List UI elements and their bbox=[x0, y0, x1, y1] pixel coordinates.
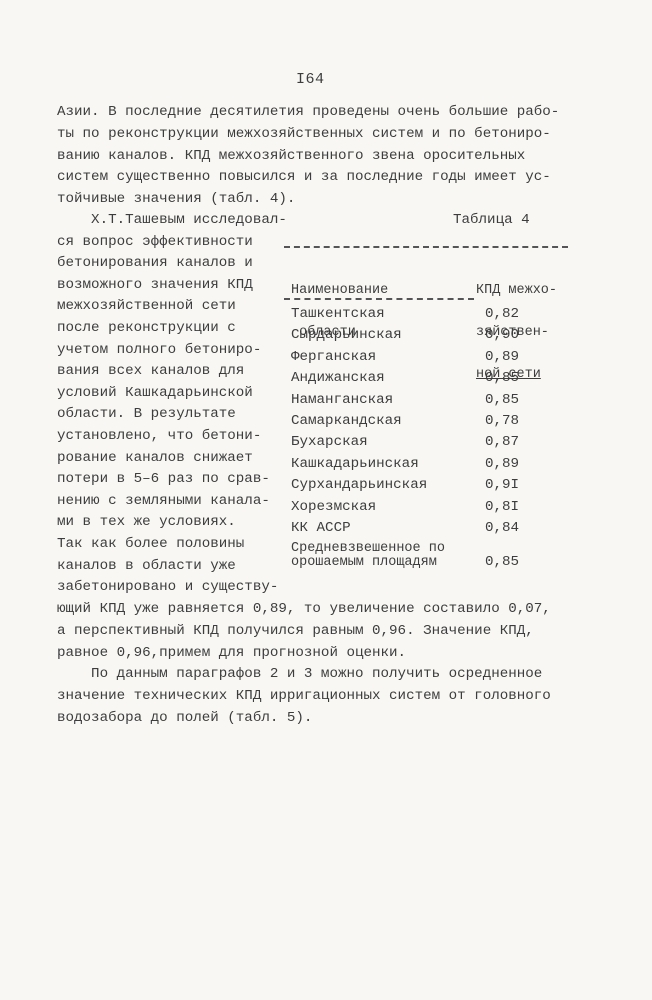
text-line: равное 0,96,примем для прогнозной оценки… bbox=[57, 645, 406, 661]
text-line: рование каналов снижает bbox=[57, 450, 253, 466]
text-line: Х.Т.Ташевым исследовал- bbox=[57, 212, 287, 228]
text-line: возможного значения КПД bbox=[57, 277, 253, 293]
text-line: По данным параграфов 2 и 3 можно получит… bbox=[57, 666, 542, 682]
efficiency-value: 0,82 bbox=[485, 306, 519, 322]
region-name: Ферганская bbox=[291, 349, 376, 365]
region-name: Бухарская bbox=[291, 434, 368, 450]
text-line: Так как более половины bbox=[57, 536, 244, 552]
text-line: бетонирования каналов и bbox=[57, 255, 253, 271]
text-line: ванию каналов. КПД межхозяйственного зве… bbox=[57, 148, 525, 164]
text-line: межхозяйственной сети bbox=[57, 298, 236, 314]
table-header-rule bbox=[284, 298, 474, 300]
summary-label: орошаемым площадям bbox=[291, 555, 437, 570]
region-name: Наманганская bbox=[291, 392, 393, 408]
text-line: ми в тех же условиях. bbox=[57, 514, 236, 530]
region-name: Хорезмская bbox=[291, 499, 376, 515]
region-name: Кашкадарьинская bbox=[291, 456, 419, 472]
text-line: Азии. В последние десятилетия проведены … bbox=[57, 104, 559, 120]
region-name: Сурхандарьинская bbox=[291, 477, 427, 493]
text-line: потери в 5–6 раз по срав- bbox=[57, 471, 270, 487]
table-caption: Таблица 4 bbox=[453, 212, 530, 228]
efficiency-value: 0,78 bbox=[485, 413, 519, 429]
summary-value: 0,85 bbox=[485, 554, 519, 570]
efficiency-value: 0,9I bbox=[485, 477, 519, 493]
efficiency-value: 0,89 bbox=[485, 456, 519, 472]
text-line: значение технических КПД ирригационных с… bbox=[57, 688, 551, 704]
efficiency-value: 0,8I bbox=[485, 499, 519, 515]
efficiency-value: 0,87 bbox=[485, 434, 519, 450]
text-line: учетом полного бетониро- bbox=[57, 342, 261, 358]
text-line: тойчивые значения (табл. 4). bbox=[57, 191, 295, 207]
text-line: условий Кашкадарьинской bbox=[57, 385, 253, 401]
efficiency-value: 0,84 bbox=[485, 520, 519, 536]
text-line: водозабора до полей (табл. 5). bbox=[57, 710, 312, 726]
text-line: ты по реконструкции межхозяйственных сис… bbox=[57, 126, 551, 142]
efficiency-value: 0,90 bbox=[485, 327, 519, 343]
text-line: ющий КПД уже равняется 0,89, то увеличен… bbox=[57, 601, 551, 617]
text-line: области. В результате bbox=[57, 406, 236, 422]
efficiency-value: 0,85 bbox=[485, 392, 519, 408]
page-number: I64 bbox=[296, 71, 325, 88]
text-line: а перспективный КПД получился равным 0,9… bbox=[57, 623, 534, 639]
region-name: Ташкентская bbox=[291, 306, 385, 322]
header-region-line: Наименование bbox=[291, 284, 388, 298]
text-line: систем существенно повысился и за послед… bbox=[57, 169, 551, 185]
region-name: Сырдарьинская bbox=[291, 327, 402, 343]
text-line: вания всех каналов для bbox=[57, 363, 244, 379]
header-value-line: КПД межхо- bbox=[476, 284, 557, 298]
region-name: Самаркандская bbox=[291, 413, 402, 429]
text-line: установлено, что бетони- bbox=[57, 428, 261, 444]
text-line: каналов в области уже bbox=[57, 558, 236, 574]
region-name: КК АССР bbox=[291, 520, 351, 536]
region-name: Андижанская bbox=[291, 370, 385, 386]
table-top-rule bbox=[284, 246, 568, 248]
summary-label: Средневзвешенное по bbox=[291, 541, 445, 556]
text-line: нению с земляными канала- bbox=[57, 493, 270, 509]
text-line: ся вопрос эффективности bbox=[57, 234, 253, 250]
text-line: забетонировано и существу- bbox=[57, 579, 278, 595]
text-line: после реконструкции с bbox=[57, 320, 236, 336]
efficiency-value: 0,89 bbox=[485, 349, 519, 365]
efficiency-value: 0,85 bbox=[485, 370, 519, 386]
